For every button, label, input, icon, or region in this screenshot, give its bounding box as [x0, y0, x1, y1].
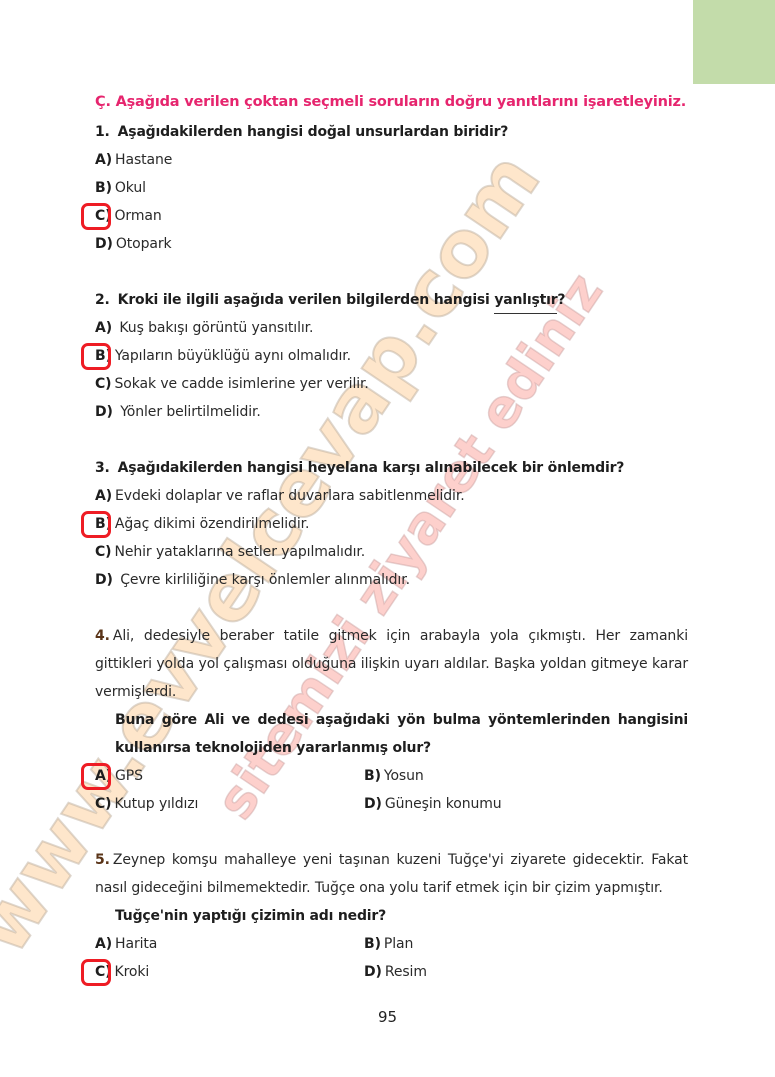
question-number: 1.	[95, 124, 110, 140]
question-text: Aşağıdakilerden hangisi heyelana karşı a…	[118, 460, 625, 476]
section-instruction: Ç. Aşağıda verilen çoktan seçmeli sorula…	[95, 94, 686, 110]
question-number: 3.	[95, 460, 110, 476]
q3-option-a[interactable]: A)Evdeki dolaplar ve raflar duvarlara sa…	[95, 488, 465, 504]
question-5-paragraph: 5.Zeynep komşu mahalleye yeni taşınan ku…	[95, 846, 688, 902]
q4-answer-mark	[81, 763, 111, 790]
underlined-word: yanlıştır	[494, 292, 557, 314]
q4-option-b[interactable]: B)Yosun	[364, 768, 424, 784]
question-4-text: Buna göre Ali ve dedesi aşağıdaki yön bu…	[115, 706, 688, 762]
question-number: 5.	[95, 852, 110, 868]
q1-option-d[interactable]: D)Otopark	[95, 236, 172, 252]
question-3-title: 3.Aşağıdakilerden hangisi heyelana karşı…	[95, 460, 624, 476]
q1-option-b[interactable]: B)Okul	[95, 180, 146, 196]
question-text: Aşağıdakilerden hangisi doğal unsurlarda…	[118, 124, 509, 140]
q2-option-d[interactable]: D) Yönler belirtilmelidir.	[95, 404, 261, 420]
q2-option-a[interactable]: A) Kuş bakışı görüntü yansıtılır.	[95, 320, 313, 336]
q3-option-d[interactable]: D) Çevre kirliliğine karşı önlemler alın…	[95, 572, 410, 588]
q5-option-a[interactable]: A)Harita	[95, 936, 157, 952]
question-number: 2.	[95, 292, 110, 308]
q2-option-c[interactable]: C)Sokak ve cadde isimlerine yer verilir.	[95, 376, 369, 392]
question-paragraph-text: Zeynep komşu mahalleye yeni taşınan kuze…	[95, 852, 688, 896]
chapter-corner-tab	[693, 0, 775, 84]
question-4-paragraph: 4.Ali, dedesiyle beraber tatile gitmek i…	[95, 622, 688, 706]
q3-option-b[interactable]: B)Ağaç dikimi özendirilmelidir.	[95, 516, 309, 532]
q4-option-c[interactable]: C)Kutup yıldızı	[95, 796, 198, 812]
question-5-text: Tuğçe'nin yaptığı çizimin adı nedir?	[115, 902, 688, 930]
question-paragraph-text: Ali, dedesiyle beraber tatile gitmek içi…	[95, 628, 688, 700]
q4-option-d[interactable]: D)Güneşin konumu	[364, 796, 502, 812]
q1-answer-mark	[81, 203, 111, 230]
question-2-title: 2.Kroki ile ilgili aşağıda verilen bilgi…	[95, 292, 565, 308]
q2-option-b[interactable]: B)Yapıların büyüklüğü aynı olmalıdır.	[95, 348, 351, 364]
q2-answer-mark	[81, 343, 111, 370]
q5-option-d[interactable]: D)Resim	[364, 964, 427, 980]
question-number: 4.	[95, 628, 110, 644]
q3-option-c[interactable]: C)Nehir yataklarına setler yapılmalıdır.	[95, 544, 365, 560]
question-1-title: 1.Aşağıdakilerden hangisi doğal unsurlar…	[95, 124, 508, 140]
page-number: 95	[378, 1008, 397, 1026]
q3-answer-mark	[81, 511, 111, 538]
q1-option-a[interactable]: A)Hastane	[95, 152, 172, 168]
q5-answer-mark	[81, 959, 111, 986]
q5-option-b[interactable]: B)Plan	[364, 936, 413, 952]
